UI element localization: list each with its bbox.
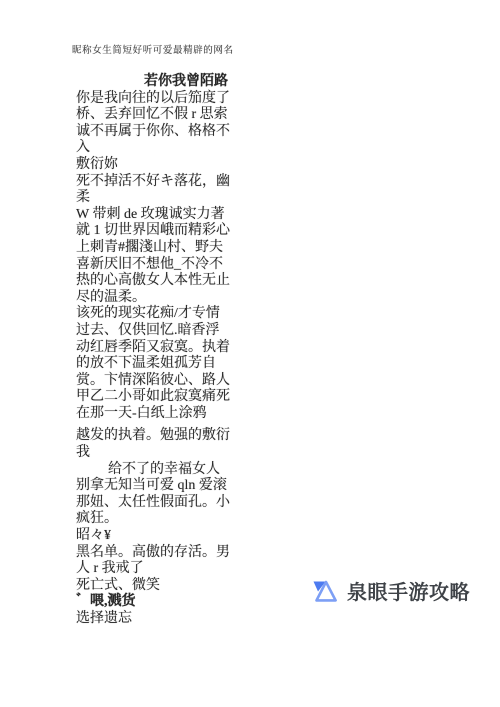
text-line: 过去、仅供回忆.暗香浮 — [76, 323, 251, 340]
doc-title: 昵称女生简短好听可爱最精辟的网名 — [72, 42, 234, 56]
text-line: 就 1 切世界因峨而精彩心 — [76, 223, 251, 240]
text-line: 死不掉活不好キ落花，幽 — [76, 174, 251, 191]
text-line: 诚不再属于你你、格格不 — [76, 124, 251, 141]
text-line: 的放不下温柔姐孤芳自 — [76, 356, 251, 373]
text-line: 别拿无知当可爱 qln 爱滚 — [76, 478, 251, 495]
text-line: 该死的现实花痴/才专情 — [76, 306, 251, 323]
text-line: 你是我向往的以后笳度了 — [76, 91, 251, 108]
text-line: ゛喂,溅货 — [76, 594, 251, 611]
text-line: 甲乙二小哥如此寂寞痛死 — [76, 389, 251, 406]
text-column: 若你我曾陌路你是我向往的以后笳度了桥、丢弃回忆不假 r 思索诚不再属于你你、格格… — [76, 74, 251, 628]
brand-name: 泉眼手游攻略 — [347, 576, 470, 605]
text-line: 人 r 我戒了 — [76, 561, 251, 578]
text-line: 上刺青#擱淺山村、野夫 — [76, 240, 251, 257]
page: 昵称女生简短好听可爱最精辟的网名 若你我曾陌路你是我向往的以后笳度了桥、丢弃回忆… — [0, 0, 500, 707]
text-line: 那妞、太任性假面孔。小 — [76, 495, 251, 512]
text-line: 选择遗忘 — [76, 611, 251, 628]
text-line: 我 — [76, 445, 251, 462]
text-line: 疯狂。 — [76, 511, 251, 528]
brand-logo-icon — [312, 578, 337, 603]
text-line: 敷衍妳 — [76, 157, 251, 174]
text-line: 入 — [76, 140, 251, 157]
text-line: 死亡式、微笑 — [76, 578, 251, 595]
text-line: 赏。卞情深陷彼心、路人 — [76, 373, 251, 390]
text-line: 黑名单。高傲的存活。男 — [76, 545, 251, 562]
watermark: 泉眼手游攻略 — [312, 576, 470, 605]
text-line: 喜新厌旧不想他_不冷不 — [76, 257, 251, 274]
text-line: 昭々¥ — [76, 528, 251, 545]
text-line: W 带刺 de 玫瑰诚实力著 — [76, 207, 251, 224]
text-line: 桥、丢弃回忆不假 r 思索 — [76, 107, 251, 124]
text-line: 在那一天-白纸上涂鸦 — [76, 406, 251, 423]
text-line: 若你我曾陌路 — [144, 74, 251, 91]
text-line: 动红唇季陌又寂寞。执着 — [76, 340, 251, 357]
text-line: 柔 — [76, 190, 251, 207]
text-line: 热的心高傲女人本性无止 — [76, 273, 251, 290]
text-line: 给不了的幸福女人 — [108, 462, 251, 479]
text-line: 尽的温柔。 — [76, 290, 251, 307]
text-line: 越发的执着。勉强的敷衍 — [76, 428, 251, 445]
